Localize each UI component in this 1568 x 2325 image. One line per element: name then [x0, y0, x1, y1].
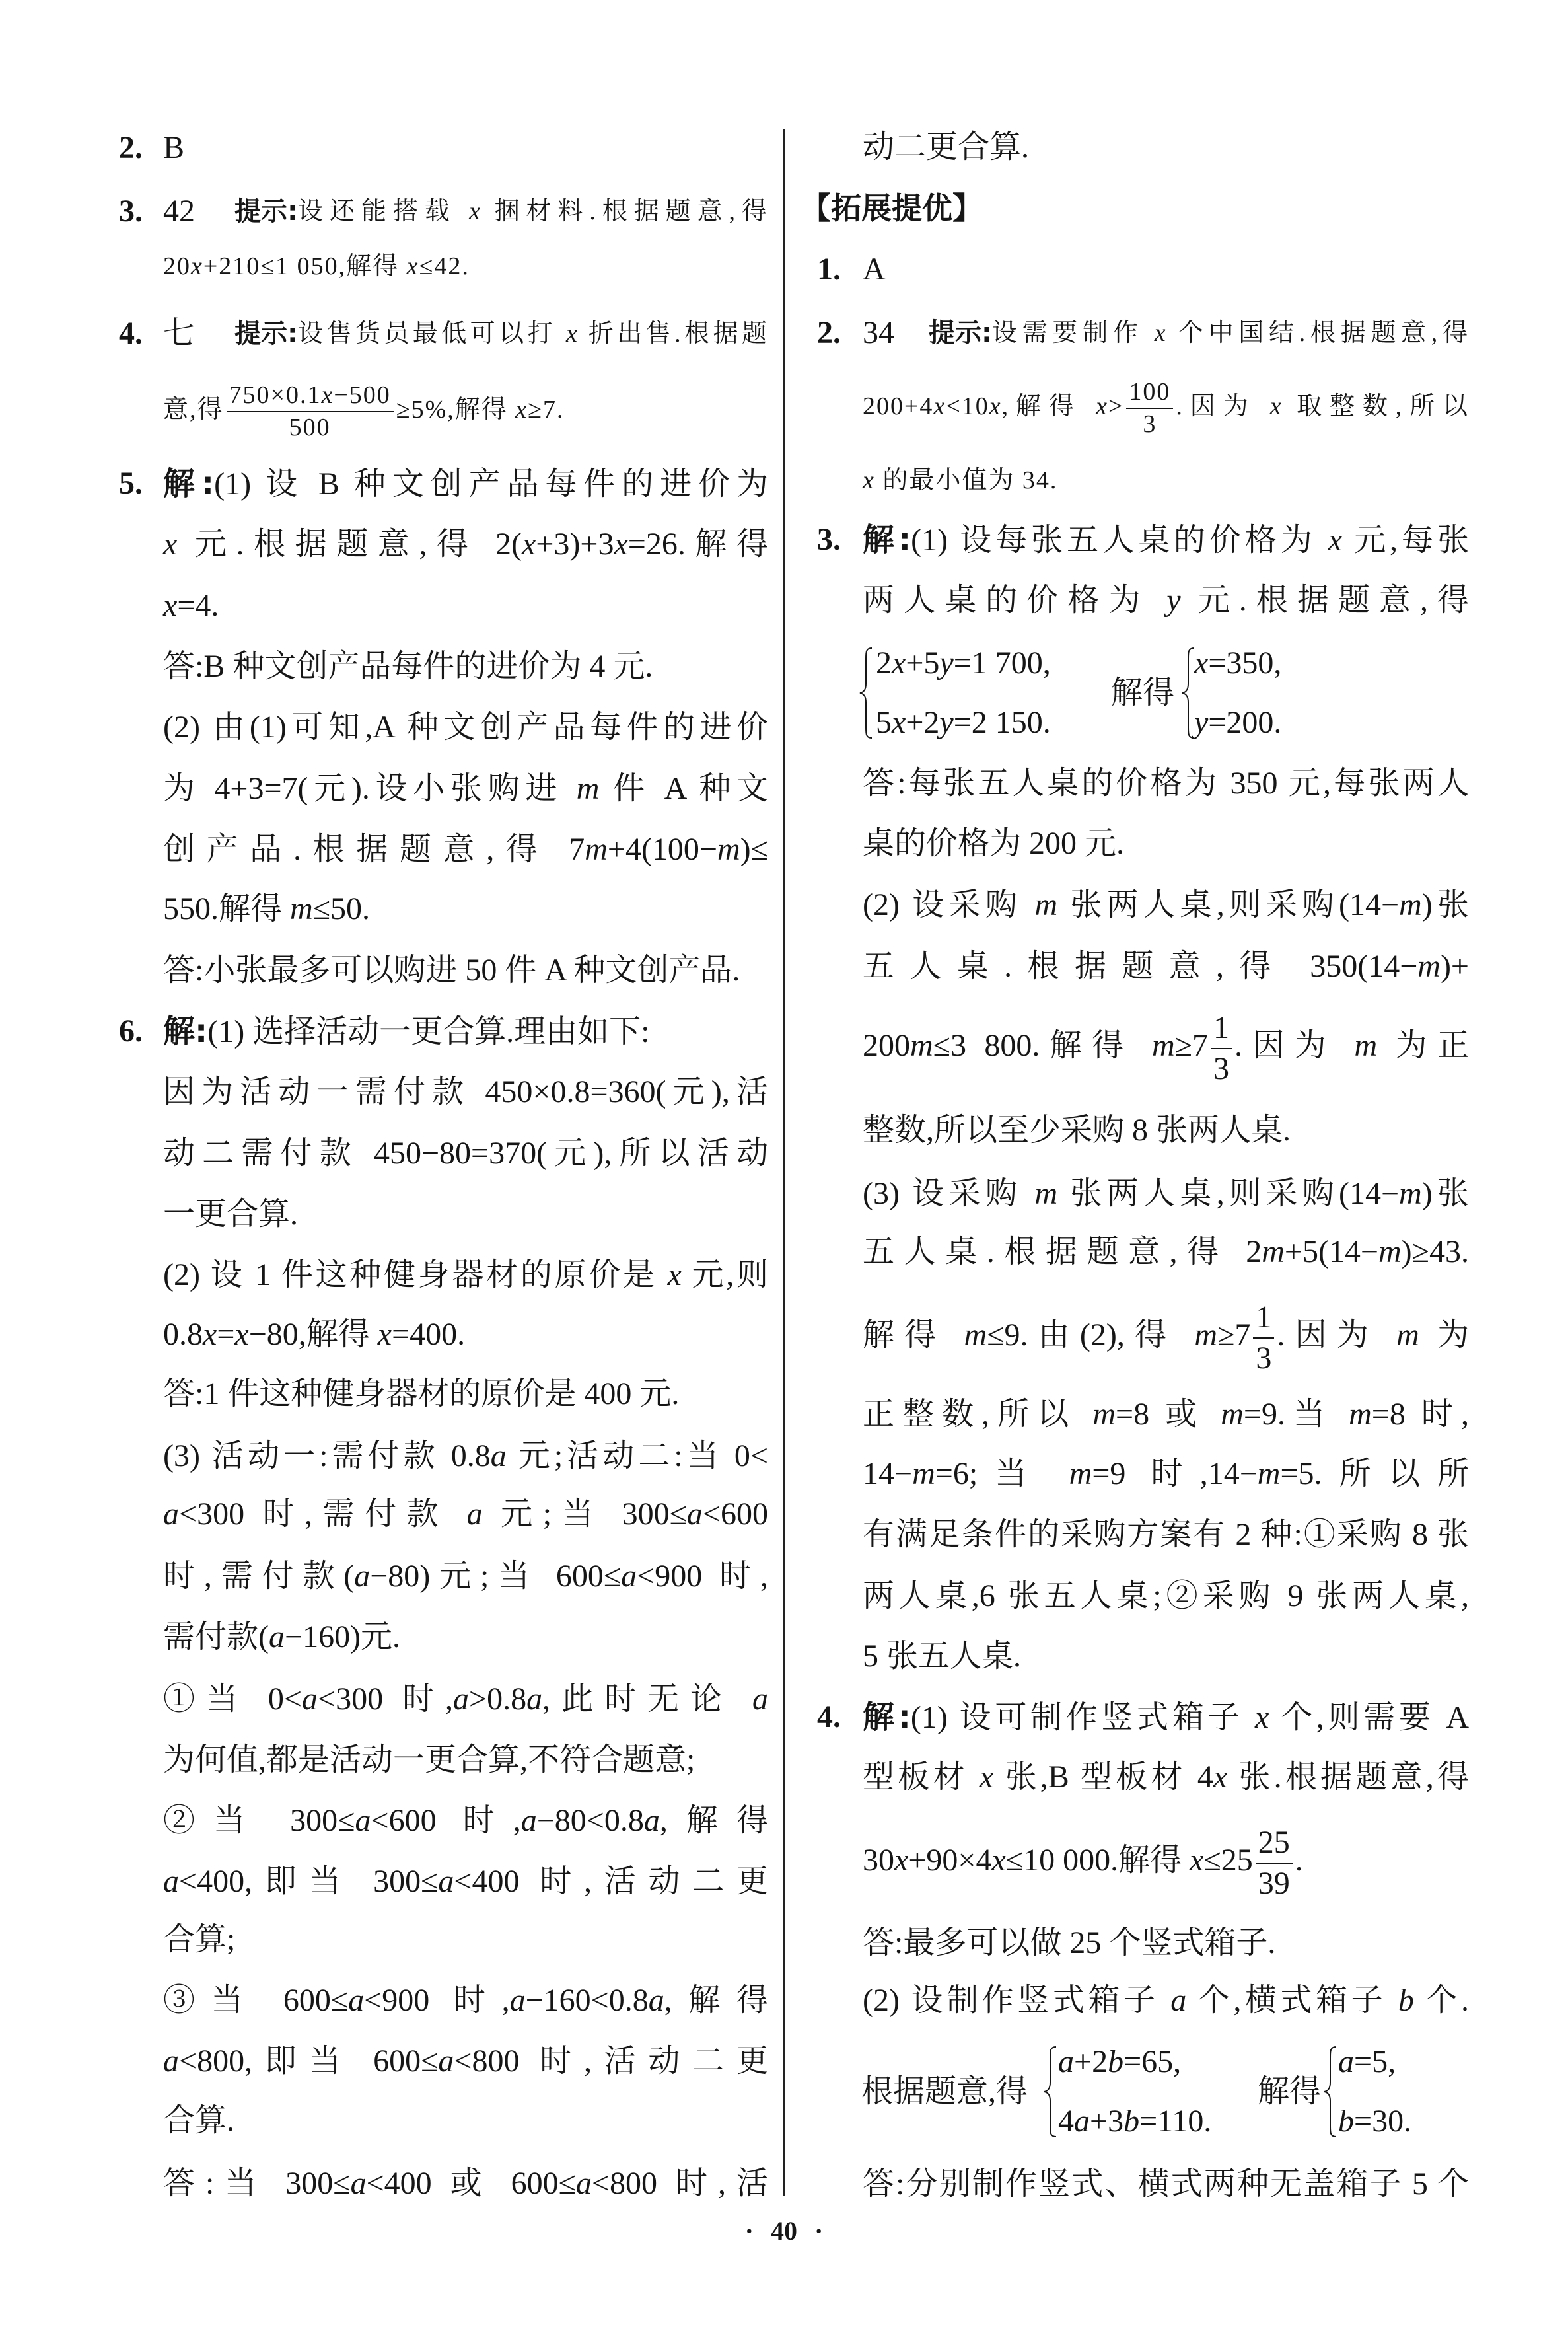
question-number: 3. — [817, 520, 841, 560]
hint-first-line: 34 提示: 设需要制作 x 个中国结.根据题意,得 — [863, 313, 1469, 353]
solution-line: 解:(1) 设每张五人桌的价格为 x 元,每张 — [863, 520, 1469, 560]
solution-line: 正整数,所以 m=8 或 m=9.当 m=8 时, — [863, 1395, 1469, 1434]
fraction-denominator: 3 — [1126, 409, 1173, 441]
page-number-dot: · — [814, 2215, 823, 2246]
solution-label: 解: — [863, 1699, 911, 1736]
answer-line: 答:最多可以做 25 个竖式箱子. — [863, 1923, 1469, 1963]
fraction: 13 — [1253, 1298, 1274, 1378]
solution-line: 型板材 x 张,B 型板材 4x 张.根据题意,得 — [863, 1757, 1469, 1797]
formula-line: 200m≤3 800.解得 m≥713.因为 m 为正 — [863, 1006, 1469, 1086]
solution-text: (1) 设可制作竖式箱子 x 个,则需要 A — [911, 1700, 1469, 1735]
formula-prefix: 解得 m≤9.由(2),得 m≥7 — [863, 1317, 1250, 1352]
question-number: 1. — [817, 250, 841, 289]
left-brace-icon — [1181, 647, 1195, 739]
solution-line: 解:(1) 设可制作竖式箱子 x 个,则需要 A — [863, 1697, 1469, 1737]
solution-text: (1) 设每张五人桌的价格为 x 元,每张 — [911, 523, 1469, 558]
solution-line: (2) 设采购 m 张两人桌,则采购(14−m)张 — [863, 885, 1469, 925]
formula-line: 解得 m≤9.由(2),得 m≥713.因为 m 为 — [863, 1296, 1469, 1375]
fraction-denominator: 3 — [1211, 1049, 1232, 1089]
solution-value: x=350, — [1194, 634, 1281, 693]
fraction-numerator: 25 — [1256, 1823, 1293, 1864]
formula-suffix: .因为 m 为正 — [1234, 1028, 1469, 1063]
fraction-numerator: 1 — [1211, 1008, 1232, 1049]
left-brace-icon — [1043, 2046, 1057, 2138]
equation: a+2b=65, — [1058, 2032, 1211, 2092]
solution-line: 两人桌,6 张五人桌;②采购 9 张两人桌, — [863, 1576, 1469, 1616]
answer-line: 答:每张五人桌的价格为 350 元,每张两人 — [863, 764, 1469, 803]
solution-line: 5 张五人桌. — [863, 1637, 1469, 1676]
fraction: 1003 — [1126, 377, 1173, 441]
equation-system: 根据题意,得 a+2b=65, 4a+3b=110. 解得 a=5, b=30. — [861, 2032, 1456, 2151]
equation: 5x+2y=2 150. — [876, 693, 1051, 753]
system-prefix: 根据题意,得 — [861, 2032, 1028, 2151]
equation: 2x+5y=1 700, — [876, 634, 1051, 693]
left-brace-icon — [859, 647, 873, 739]
equations: 2x+5y=1 700, 5x+2y=2 150. — [876, 634, 1051, 753]
hint-label: 提示: — [929, 313, 992, 353]
fraction: 2539 — [1256, 1823, 1293, 1903]
question-number: 2. — [817, 313, 841, 353]
fraction-numerator: 1 — [1253, 1298, 1274, 1339]
equations: a+2b=65, 4a+3b=110. — [1058, 2032, 1211, 2151]
section-title: 【拓展提优】 — [801, 188, 983, 228]
hint-line: x 的最小值为 34. — [863, 461, 1469, 500]
equation-system: 2x+5y=1 700, 5x+2y=2 150. 解得 x=350, y=20… — [859, 634, 1334, 753]
formula-prefix: 200m≤3 800.解得 m≥7 — [863, 1028, 1208, 1063]
solution-line: (3) 设采购 m 张两人桌,则采购(14−m)张 — [863, 1174, 1469, 1214]
answer: 34 — [863, 313, 929, 353]
solution-value: a=5, — [1338, 2032, 1411, 2092]
solution-line: 两人桌的价格为 y 元.根据题意,得 — [863, 581, 1469, 620]
solution-line: (2) 设制作竖式箱子 a 个,横式箱子 b 个. — [863, 1981, 1469, 2020]
formula-suffix: . — [1295, 1843, 1303, 1878]
fraction-numerator: 100 — [1126, 377, 1173, 410]
fraction-denominator: 3 — [1253, 1339, 1274, 1378]
formula-suffix: .因为 m 为 — [1277, 1317, 1469, 1352]
solutions: x=350, y=200. — [1194, 634, 1281, 753]
page-number-value: 40 — [771, 2215, 797, 2246]
answer-line: 答:分别制作竖式、横式两种无盖箱子 5 个 — [863, 2164, 1469, 2204]
solution-label: 解: — [863, 521, 911, 558]
answer-line: 桌的价格为 200 元. — [863, 824, 1469, 864]
formula-prefix: 200+4x<10x,解得 x> — [863, 392, 1123, 420]
right-column: 动二更合算. 【拓展提优】 1. A 2. 34 提示: 设需要制作 x 个中国… — [0, 0, 1568, 2325]
hint-text: 设需要制作 x 个中国结.根据题意,得 — [992, 313, 1469, 353]
solution-line: 整数,所以至少采购 8 张两人桌. — [863, 1111, 1469, 1150]
solved-label: 解得 — [1258, 2032, 1321, 2151]
solution-value: y=200. — [1194, 693, 1281, 753]
solution-value: b=30. — [1338, 2092, 1411, 2151]
solution-line: 五人桌.根据题意,得 350(14−m)+ — [863, 947, 1469, 986]
solutions: a=5, b=30. — [1338, 2032, 1411, 2151]
answer: A — [863, 250, 1469, 289]
continued-answer-line: 动二更合算. — [863, 128, 1469, 167]
formula-prefix: 30x+90×4x≤10 000.解得 x≤25 — [863, 1843, 1253, 1878]
equation: 4a+3b=110. — [1058, 2092, 1211, 2151]
left-brace-icon — [1323, 2046, 1337, 2138]
solution-line: 有满足条件的采购方案有 2 种:①采购 8 张 — [863, 1515, 1469, 1555]
hint-formula-line: 200+4x<10x,解得 x>1003.因为 x 取整数,所以 — [863, 367, 1469, 446]
fraction: 13 — [1211, 1008, 1232, 1089]
question-number: 4. — [817, 1697, 841, 1737]
formula-line: 30x+90×4x≤10 000.解得 x≤252539. — [863, 1821, 1469, 1900]
solution-line: 14−m=6;当 m=9 时,14−m=5.所以所 — [863, 1454, 1469, 1494]
solution-line: 五人桌.根据题意,得 2m+5(14−m)≥43. — [863, 1232, 1469, 1272]
page-number-dot: · — [745, 2215, 754, 2246]
page-number: · 40 · — [685, 2211, 883, 2250]
fraction-denominator: 39 — [1256, 1864, 1293, 1903]
solved-label: 解得 — [1111, 634, 1174, 753]
formula-suffix: .因为 x 取整数,所以 — [1176, 392, 1469, 420]
